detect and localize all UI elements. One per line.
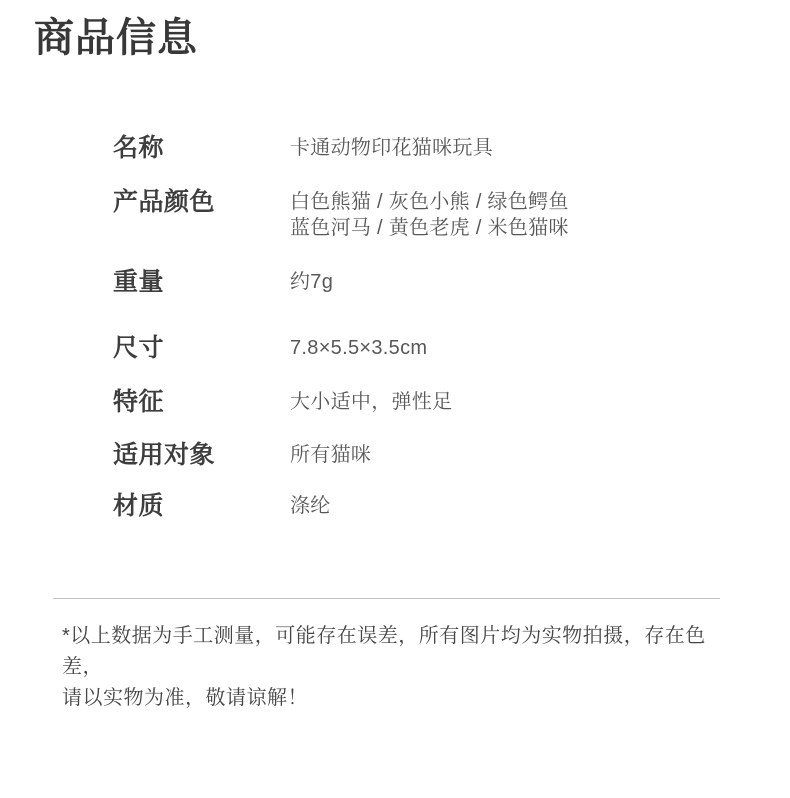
spec-row-name: 名称 卡通动物印花猫咪玩具	[113, 135, 753, 161]
spec-label: 材质	[113, 493, 290, 519]
spec-value: 白色熊猫 / 灰色小熊 / 绿色鳄鱼 蓝色河马 / 黄色老虎 / 米色猫咪	[290, 189, 753, 241]
spec-row-material: 材质 涤纶	[113, 493, 753, 519]
page-title: 商品信息	[34, 14, 198, 62]
spec-label: 适用对象	[113, 442, 290, 468]
spec-label: 重量	[113, 269, 290, 295]
disclaimer-text: *以上数据为手工测量，可能存在误差，所有图片均为实物拍摄，存在色差， 请以实物为…	[62, 621, 742, 714]
spec-row-weight: 重量 约7g	[113, 269, 753, 295]
spec-value: 大小适中，弹性足	[290, 389, 753, 415]
divider-line	[53, 598, 720, 599]
spec-label: 名称	[113, 135, 290, 161]
spec-label: 尺寸	[113, 335, 290, 361]
spec-label: 产品颜色	[113, 189, 290, 215]
spec-value: 7.8×5.5×3.5cm	[290, 335, 753, 361]
spec-row-target: 适用对象 所有猫咪	[113, 442, 753, 468]
spec-value: 约7g	[290, 269, 753, 295]
spec-value: 涤纶	[290, 493, 753, 519]
spec-label: 特征	[113, 389, 290, 415]
spec-row-size: 尺寸 7.8×5.5×3.5cm	[113, 335, 753, 361]
product-info-page: 商品信息 名称 卡通动物印花猫咪玩具 产品颜色 白色熊猫 / 灰色小熊 / 绿色…	[0, 0, 790, 798]
spec-value: 卡通动物印花猫咪玩具	[290, 135, 753, 161]
spec-value: 所有猫咪	[290, 442, 753, 468]
spec-row-features: 特征 大小适中，弹性足	[113, 389, 753, 415]
spec-row-colors: 产品颜色 白色熊猫 / 灰色小熊 / 绿色鳄鱼 蓝色河马 / 黄色老虎 / 米色…	[113, 189, 753, 241]
